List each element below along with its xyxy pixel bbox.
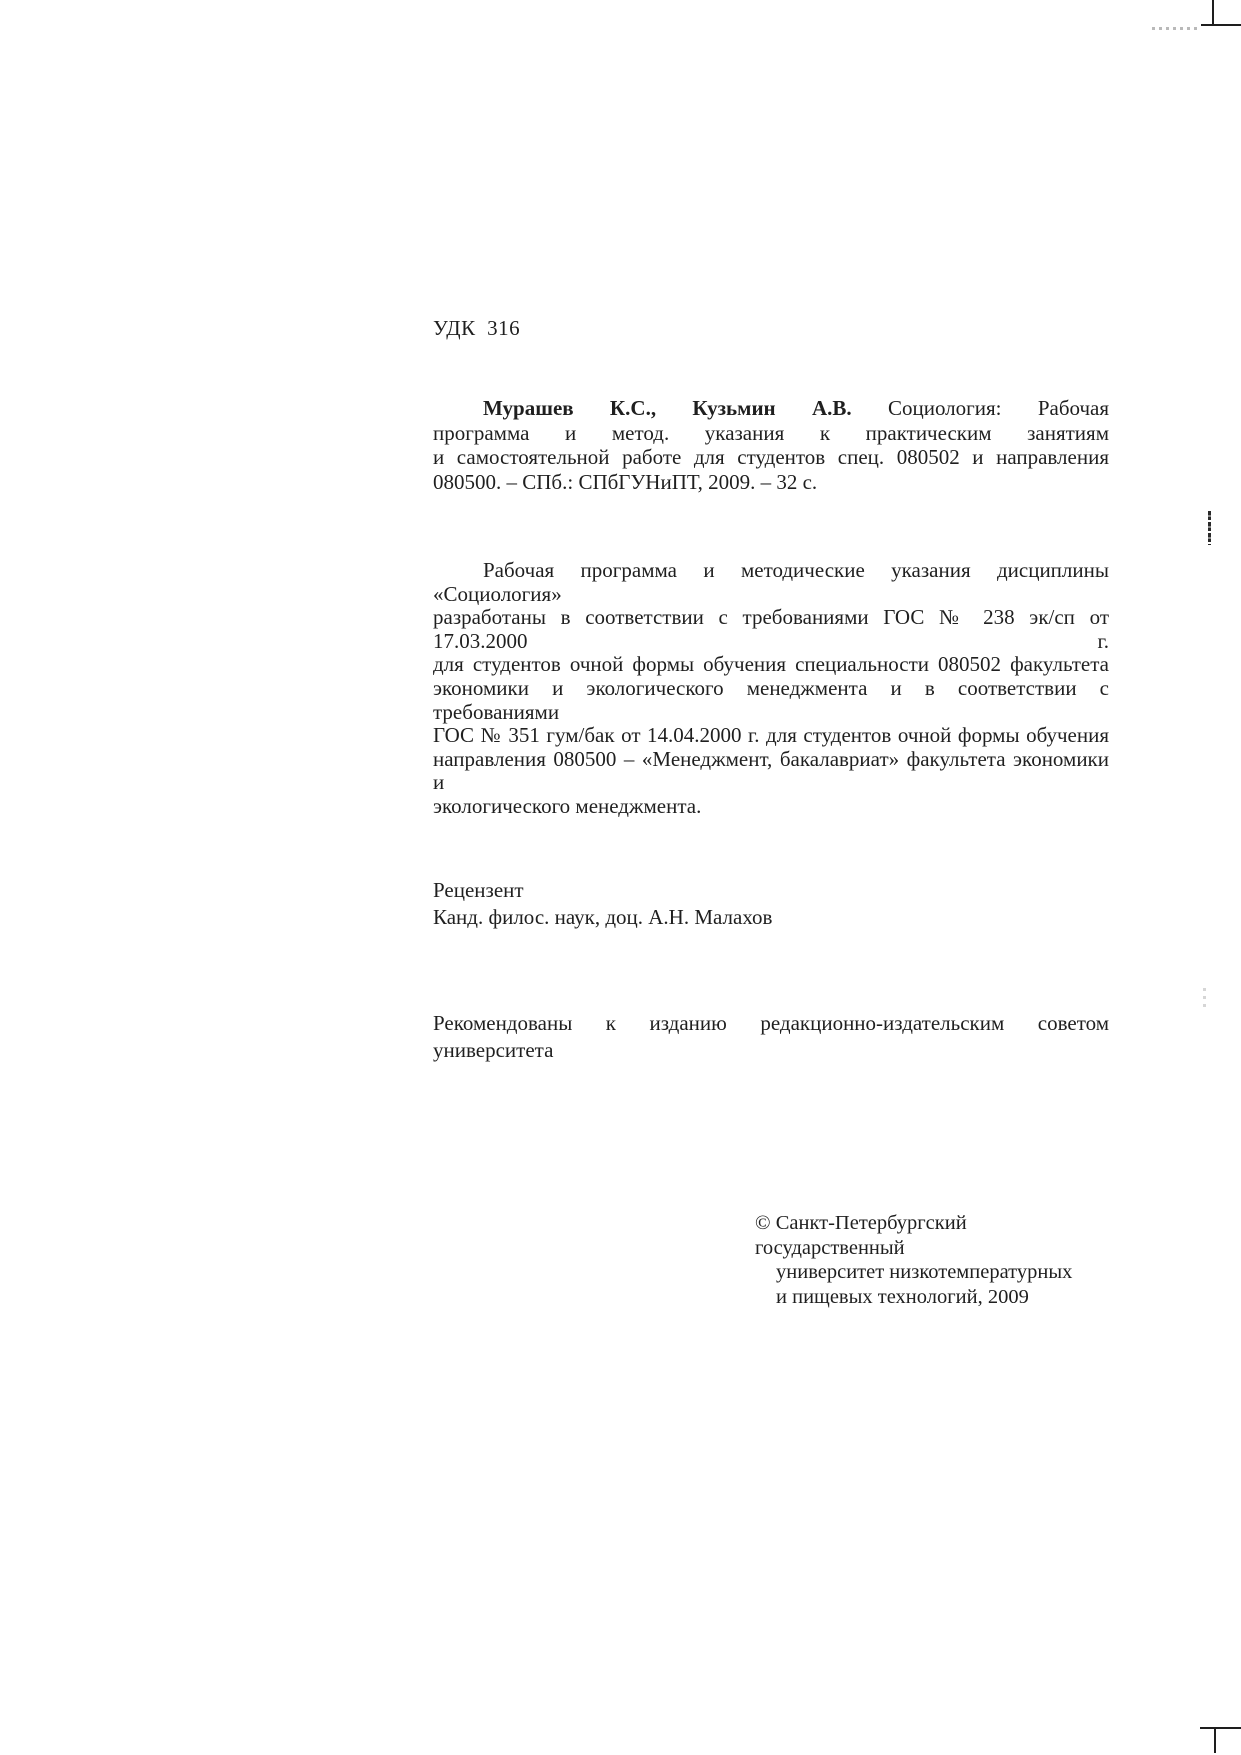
udk-classification: УДК 316 bbox=[433, 316, 520, 341]
authors-bold: Мурашев К.С., Кузьмин А.В. bbox=[483, 396, 852, 420]
registration-mark-top-right-horizontal bbox=[1201, 24, 1241, 26]
copyright-line: университет низкотемпературных bbox=[776, 1260, 1115, 1285]
annotation-line: разработаны в соответствии с требованиям… bbox=[433, 606, 1109, 653]
registration-mark-bottom-right-horizontal bbox=[1200, 1727, 1241, 1729]
copyright-line: © Санкт-Петербургский государственный bbox=[755, 1211, 1115, 1260]
bibliographic-entry-line: Мурашев К.С., Кузьмин А.В. Социология: Р… bbox=[433, 396, 1109, 421]
scan-artifact-lower-right bbox=[1203, 988, 1206, 1012]
recommendation-line: Рекомендованы к изданию редакционно-изда… bbox=[433, 1010, 1109, 1037]
registration-mark-bottom-right-vertical bbox=[1214, 1727, 1216, 1753]
title-start: Социология: Рабочая bbox=[888, 396, 1109, 420]
annotation-paragraph: Рабочая программа и методические указани… bbox=[433, 559, 1109, 819]
reviewer-name: Канд. филос. наук, доц. А.Н. Малахов bbox=[433, 904, 1109, 931]
annotation-line: направления 080500 – «Менеджмент, бакала… bbox=[433, 748, 1109, 795]
registration-mark-top-right-vertical bbox=[1212, 0, 1214, 25]
annotation-line: экономики и экологического менеджмента и… bbox=[433, 677, 1109, 724]
scan-artifact-top-right bbox=[1152, 27, 1198, 30]
annotation-line: экологического менеджмента. bbox=[433, 795, 1109, 819]
copyright-line: и пищевых технологий, 2009 bbox=[776, 1285, 1115, 1310]
annotation-line: ГОС № 351 гум/бак от 14.04.2000 г. для с… bbox=[433, 724, 1109, 748]
scan-artifact-mid-right bbox=[1208, 511, 1211, 545]
annotation-line: Рабочая программа и методические указани… bbox=[433, 559, 1109, 606]
bibliographic-entry-line: и самостоятельной работе для студентов с… bbox=[433, 445, 1109, 470]
bibliographic-entry-line: программа и метод. указания к практическ… bbox=[433, 421, 1109, 446]
recommendation-note: Рекомендованы к изданию редакционно-изда… bbox=[433, 1010, 1109, 1064]
recommendation-line: университета bbox=[433, 1037, 1109, 1064]
bibliographic-entry: Мурашев К.С., Кузьмин А.В. Социология: Р… bbox=[433, 396, 1109, 494]
reviewer-section: Рецензент Канд. филос. наук, доц. А.Н. М… bbox=[433, 877, 1109, 930]
copyright-notice: © Санкт-Петербургский государственный ун… bbox=[755, 1211, 1115, 1309]
scanned-document-page: УДК 316 Мурашев К.С., Кузьмин А.В. Социо… bbox=[0, 0, 1241, 1755]
reviewer-label: Рецензент bbox=[433, 877, 1109, 904]
bibliographic-entry-line: 080500. – СПб.: СПбГУНиПТ, 2009. – 32 с. bbox=[433, 470, 1109, 495]
annotation-line: для студентов очной формы обучения специ… bbox=[433, 653, 1109, 677]
